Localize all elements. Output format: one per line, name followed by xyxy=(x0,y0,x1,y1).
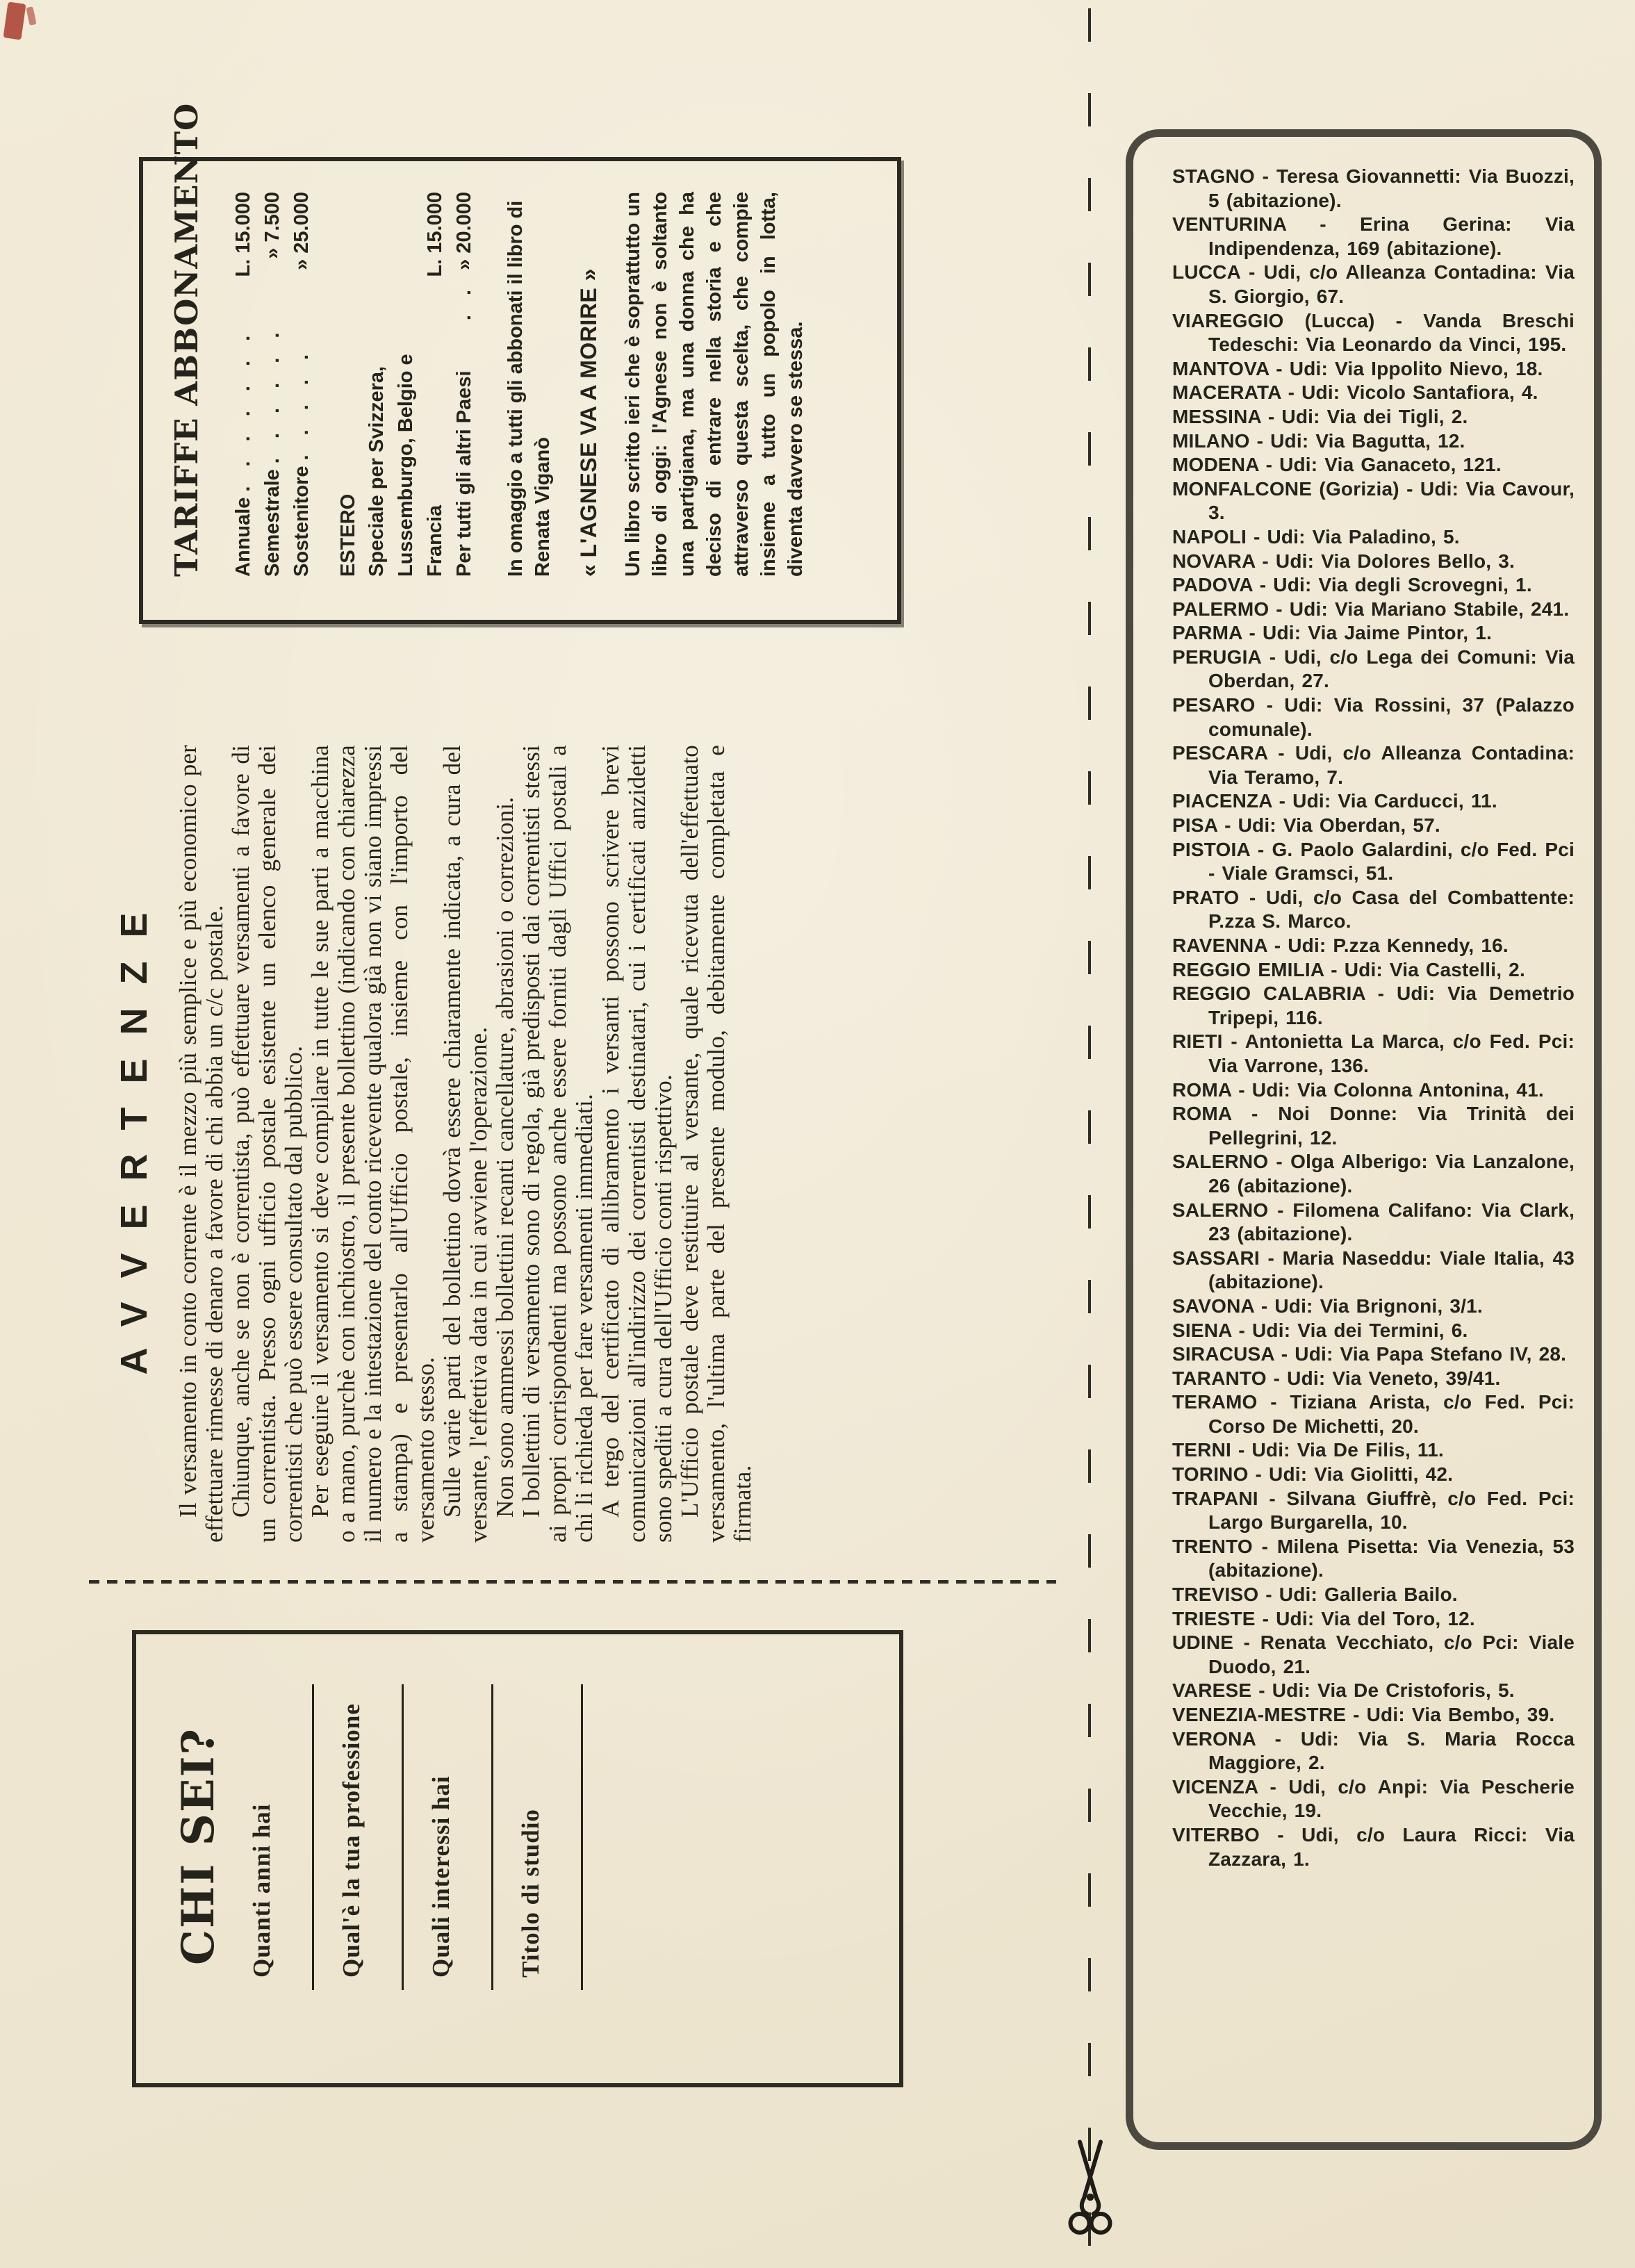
tariff-row: Speciale per Svizzera, Lussemburgo, Belg… xyxy=(362,192,450,577)
tariff-label: Speciale per Svizzera, Lussemburgo, Belg… xyxy=(362,292,450,577)
list-item: VITERBO - Udi, c/o Laura Ricci: Via Zazz… xyxy=(1172,1823,1575,1871)
list-item: TREVISO - Udi: Galleria Bailo. xyxy=(1172,1583,1575,1607)
tariff-row: Sostenitore. . . . .» 25.000 xyxy=(287,192,316,577)
list-item: VENTURINA - Erina Gerina: Via Indipenden… xyxy=(1172,213,1575,261)
form-question: Qual'è la tua professione xyxy=(338,1662,404,1978)
avvertenze-paragraph: Sulle varie parti del bollettino dovrà e… xyxy=(439,745,492,1543)
list-item: TERNI - Udi: Via De Filis, 11. xyxy=(1172,1438,1575,1463)
list-item: VIAREGGIO (Lucca) - Vanda Breschi Tedesc… xyxy=(1172,309,1575,357)
scissors-icon xyxy=(1065,2139,1115,2243)
chi-sei-form-box: CHI SEI? Quanti anni haiQual'è la tua pr… xyxy=(132,1630,903,2087)
dot-leader: . . . . . . . xyxy=(229,277,258,498)
list-item: SASSARI - Maria Naseddu: Viale Italia, 4… xyxy=(1172,1247,1575,1295)
print-mark xyxy=(3,1,26,40)
list-item: REGGIO EMILIA - Udi: Via Castelli, 2. xyxy=(1172,958,1575,983)
list-item: LUCCA - Udi, c/o Alleanza Contadina: Via… xyxy=(1172,261,1575,309)
estero-label: ESTERO xyxy=(334,192,362,577)
list-item: PISA - Udi: Via Oberdan, 57. xyxy=(1172,814,1575,838)
list-item: PESCARA - Udi, c/o Alleanza Contadina: V… xyxy=(1172,741,1575,789)
list-item: SALERNO - Filomena Califano: Via Clark, … xyxy=(1172,1199,1575,1247)
list-item: VERONA - Udi: Via S. Maria Rocca Maggior… xyxy=(1172,1727,1575,1775)
tariff-row: Semestrale. . . . . .» 7.500 xyxy=(258,192,287,577)
book-title: « L'AGNESE VA A MORIRE » xyxy=(576,192,602,577)
tariff-value: » 20.000 xyxy=(450,192,479,270)
list-item: MACERATA - Udi: Vicolo Santafiora, 4. xyxy=(1172,381,1575,405)
tariff-label: Sostenitore xyxy=(287,466,316,577)
scissors-icon xyxy=(1065,2139,1115,2243)
list-item: PADOVA - Udi: Via degli Scrovegni, 1. xyxy=(1172,573,1575,598)
form-question: Quali interessi hai xyxy=(427,1662,493,1978)
tariffe-title: TARIFFE ABBONAMENTO xyxy=(168,192,205,577)
list-item: MESSINA - Udi: Via dei Tigli, 2. xyxy=(1172,405,1575,429)
list-item: MILANO - Udi: Via Bagutta, 12. xyxy=(1172,429,1575,454)
question-label: Titolo di studio xyxy=(517,1662,545,1978)
avvertenze-paragraph: Non sono ammessi bollettini recanti canc… xyxy=(492,745,518,1543)
tariff-value: » 25.000 xyxy=(287,192,316,270)
fill-in-line xyxy=(402,1684,404,1990)
chi-sei-questions: Quanti anni haiQual'è la tua professione… xyxy=(248,1662,583,1978)
fill-in-line xyxy=(491,1684,493,1990)
fill-in-line xyxy=(312,1684,314,1990)
list-item: VARESE - Udi: Via De Cristoforis, 5. xyxy=(1172,1679,1575,1703)
question-label: Qual'è la tua professione xyxy=(338,1662,365,1978)
tariff-label: Annuale xyxy=(229,498,258,577)
list-item: NOVARA - Udi: Via Dolores Bello, 3. xyxy=(1172,550,1575,574)
list-item: SIENA - Udi: Via dei Termini, 6. xyxy=(1172,1319,1575,1343)
list-item: PISTOIA - G. Paolo Galardini, c/o Fed. P… xyxy=(1172,838,1575,886)
list-item: RIETI - Antonietta La Marca, c/o Fed. Pc… xyxy=(1172,1030,1575,1078)
list-item: VICENZA - Udi, c/o Anpi: Via Pescherie V… xyxy=(1172,1775,1575,1823)
avvertenze-paragraph: L'Ufficio postale deve restituire al ver… xyxy=(677,745,756,1543)
address-list: STAGNO - Teresa Giovannetti: Via Buozzi,… xyxy=(1172,165,1575,1871)
list-item: ROMA - Noi Donne: Via Trinità dei Pelleg… xyxy=(1172,1102,1575,1150)
address-list-box: STAGNO - Teresa Giovannetti: Via Buozzi,… xyxy=(1126,129,1602,2150)
print-mark xyxy=(26,6,36,26)
list-item: UDINE - Renata Vecchiato, c/o Pci: Viale… xyxy=(1172,1631,1575,1679)
tariff-row: Per tutti gli altri Paesi. . .» 20.000 xyxy=(450,192,479,577)
dot-leader: . . . . . . xyxy=(258,259,287,469)
question-label: Quali interessi hai xyxy=(427,1662,455,1978)
avvertenze-paragraph: Per eseguire il versamento si deve compi… xyxy=(307,745,439,1543)
tariff-value: L. 15.000 xyxy=(420,192,450,277)
avvertenze-body: Il versamento in conto corrente è il mez… xyxy=(175,745,756,1543)
cut-dashed-line xyxy=(89,1580,1056,1584)
list-item: SALERNO - Olga Alberigo: Via Lanzalone, … xyxy=(1172,1150,1575,1198)
list-item: STAGNO - Teresa Giovannetti: Via Buozzi,… xyxy=(1172,165,1575,213)
list-item: MONFALCONE (Gorizia) - Udi: Via Cavour, … xyxy=(1172,477,1575,525)
avvertenze-heading: AVVERTENZE xyxy=(113,745,156,1543)
tariff-value: L. 15.000 xyxy=(229,192,258,277)
tariff-row: Annuale. . . . . . .L. 15.000 xyxy=(229,192,258,577)
chi-sei-rotated-content: CHI SEI? Quanti anni haiQual'è la tua pr… xyxy=(136,1634,891,2075)
question-label: Quanti anni hai xyxy=(248,1662,276,1978)
fold-dashed-line xyxy=(1088,8,1091,2260)
tariffe-rate-rows: Annuale. . . . . . .L. 15.000Semestrale.… xyxy=(229,192,316,577)
form-question: Quanti anni hai xyxy=(248,1662,314,1978)
list-item: ROMA - Udi: Via Colonna Antonina, 41. xyxy=(1172,1078,1575,1103)
list-item: RAVENNA - Udi: P.zza Kennedy, 16. xyxy=(1172,934,1575,958)
list-item: PIACENZA - Udi: Via Carducci, 11. xyxy=(1172,789,1575,814)
list-item: PALERMO - Udi: Via Mariano Stabile, 241. xyxy=(1172,598,1575,622)
tariff-label: Per tutti gli altri Paesi xyxy=(450,326,479,577)
book-blurb: Un libro scritto ieri che è soprattutto … xyxy=(620,192,810,577)
list-item: MODENA - Udi: Via Ganaceto, 121. xyxy=(1172,453,1575,477)
fill-in-line xyxy=(581,1684,583,1990)
dot-leader: . . . . . xyxy=(287,270,316,466)
list-item: TRAPANI - Silvana Giuffrè, c/o Fed. Pci:… xyxy=(1172,1487,1575,1535)
list-item: PERUGIA - Udi, c/o Lega dei Comuni: Via … xyxy=(1172,646,1575,693)
avvertenze-paragraph: A tergo del certificato di allibramento … xyxy=(598,745,677,1543)
tariff-label: Semestrale xyxy=(258,469,287,577)
dot-leader: . . . xyxy=(450,270,479,326)
list-item: PARMA - Udi: Via Jaime Pintor, 1. xyxy=(1172,621,1575,646)
list-item: PRATO - Udi, c/o Casa del Combattente: P… xyxy=(1172,886,1575,934)
tariffe-abbonamento-box: TARIFFE ABBONAMENTO Annuale. . . . . . .… xyxy=(139,157,901,624)
list-item: NAPOLI - Udi: Via Paladino, 5. xyxy=(1172,525,1575,550)
list-item: TRENTO - Milena Pisetta: Via Venezia, 53… xyxy=(1172,1535,1575,1583)
tariffe-rotated-content: TARIFFE ABBONAMENTO Annuale. . . . . . .… xyxy=(143,161,889,611)
avvertenze-rotated-content: AVVERTENZE Il versamento in conto corren… xyxy=(113,745,913,1543)
list-item: PESARO - Udi: Via Rossini, 37 (Palazzo c… xyxy=(1172,693,1575,741)
list-item: TRIESTE - Udi: Via del Toro, 12. xyxy=(1172,1607,1575,1632)
avvertenze-section: AVVERTENZE Il versamento in conto corren… xyxy=(113,745,913,1543)
tariff-value: » 7.500 xyxy=(258,192,287,259)
list-item: REGGIO CALABRIA - Udi: Via Demetrio Trip… xyxy=(1172,982,1575,1030)
avvertenze-paragraph: Il versamento in conto corrente è il mez… xyxy=(175,745,228,1543)
list-item: TORINO - Udi: Via Giolitti, 42. xyxy=(1172,1463,1575,1487)
avvertenze-paragraph: Chiunque, anche se non è correntista, pu… xyxy=(228,745,307,1543)
list-item: TARANTO - Udi: Via Veneto, 39/41. xyxy=(1172,1367,1575,1391)
list-item: VENEZIA-MESTRE - Udi: Via Bembo, 39. xyxy=(1172,1703,1575,1727)
omaggio-note: In omaggio a tutti gli abbonati il libro… xyxy=(502,192,557,577)
estero-rate-rows: Speciale per Svizzera, Lussemburgo, Belg… xyxy=(362,192,479,577)
list-item: MANTOVA - Udi: Via Ippolito Nievo, 18. xyxy=(1172,357,1575,381)
list-item: SIRACUSA - Udi: Via Papa Stefano IV, 28. xyxy=(1172,1342,1575,1367)
list-item: SAVONA - Udi: Via Brignoni, 3/1. xyxy=(1172,1295,1575,1319)
chi-sei-title: CHI SEI? xyxy=(172,1662,224,1965)
avvertenze-paragraph: I bollettini di versamento sono di regol… xyxy=(518,745,598,1543)
magazine-page: TARIFFE ABBONAMENTO Annuale. . . . . . .… xyxy=(0,0,1635,2268)
list-item: TERAMO - Tiziana Arista, c/o Fed. Pci: C… xyxy=(1172,1390,1575,1438)
form-question: Titolo di studio xyxy=(517,1662,583,1978)
